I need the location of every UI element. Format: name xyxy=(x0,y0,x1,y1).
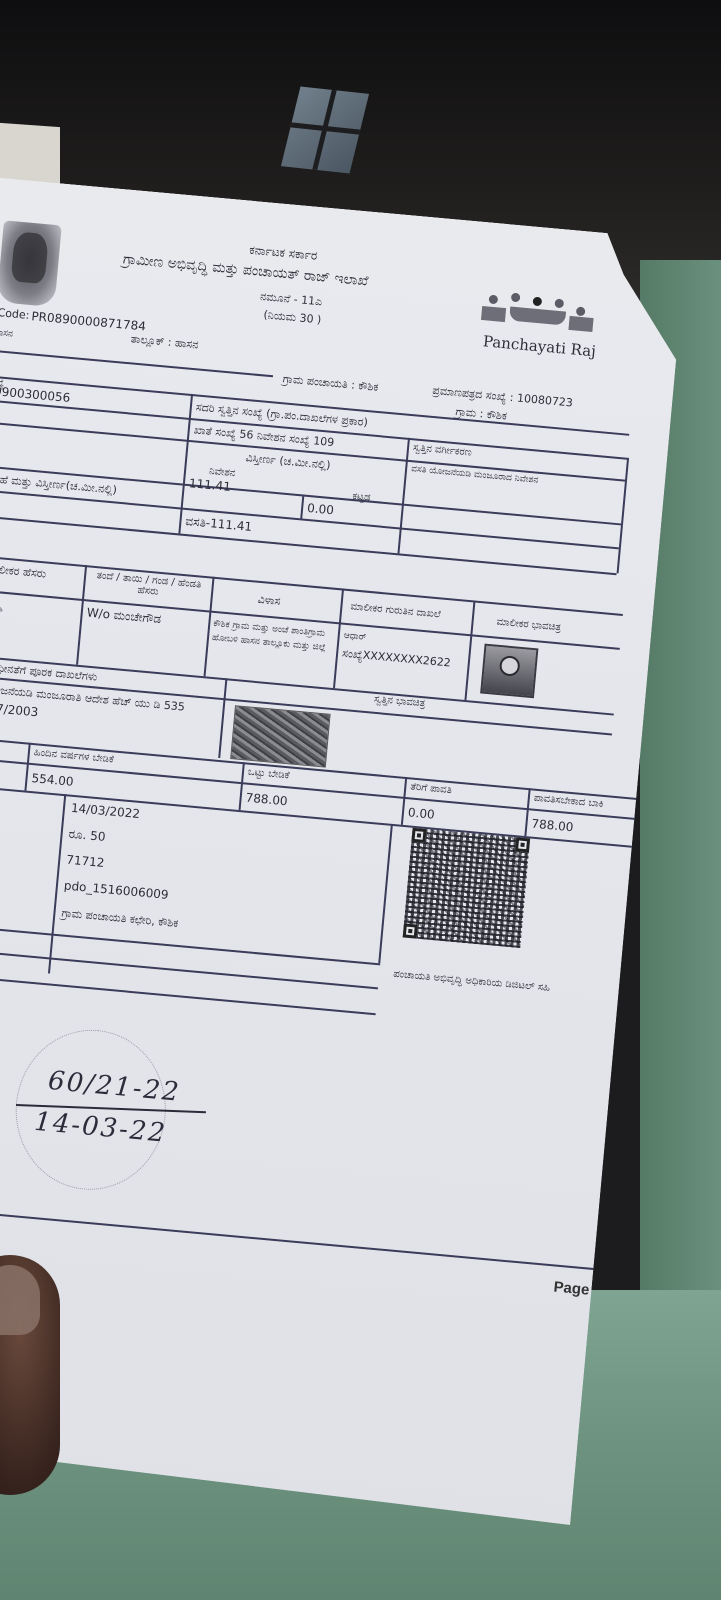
divider xyxy=(0,399,627,459)
owner-photo xyxy=(480,644,538,699)
divider xyxy=(0,972,376,1014)
owner-name: ಮಂಜಮ್ಮ xyxy=(0,595,3,612)
code-label: Code: xyxy=(0,306,30,322)
id-type: ಆಧಾರ್ xyxy=(343,631,366,643)
tax-paid-value: 0.00 xyxy=(407,805,435,821)
divider xyxy=(0,947,378,989)
qr-code xyxy=(403,828,530,948)
owner-name-header: ಮಾಲೀಕರ ಹೆಸರು xyxy=(0,562,47,582)
panchayati-raj-logo: Panchayati Raj xyxy=(475,290,601,371)
divider xyxy=(401,777,407,825)
pdo-id: pdo_1516006009 xyxy=(63,878,169,901)
finger xyxy=(0,1255,60,1495)
taluk: ತಾಲ್ಲೂಕ್ : ಹಾಸನ xyxy=(130,332,199,352)
karnataka-emblem-icon xyxy=(0,220,62,307)
divider xyxy=(397,438,409,554)
issuing-office: ಗ್ರಾಮ ಪಂಚಾಯತಿ ಕಛೇರಿ, ಕೌಶಿಕ xyxy=(61,906,179,931)
divider xyxy=(178,394,192,534)
issue-date-value: 14/03/2022 xyxy=(70,801,140,821)
divider xyxy=(524,788,530,836)
divider xyxy=(218,678,227,758)
address-header: ವಿಳಾಸ xyxy=(257,593,281,609)
govt-title: ಕರ್ನಾಟಕ ಸರ್ಕಾರ xyxy=(249,243,318,264)
footer-divider xyxy=(0,1208,613,1271)
page-label: Page xyxy=(553,1279,590,1299)
gram-panchayat: ಗ್ರಾಮ ಪಂಚಾಯತಿ : ಕೌಶಿಕ xyxy=(282,372,379,395)
tax-paid-header: ತೆರಿಗೆ ಪಾವತಿ xyxy=(410,781,452,796)
area-label: ವಿಸ್ತೀರ್ಣ (ಚ.ಮೀ.ನಲ್ಲಿ) xyxy=(245,451,331,473)
divider xyxy=(464,600,475,700)
divider xyxy=(300,496,303,518)
building-label: ಕಟ್ಟಡ xyxy=(352,491,371,504)
aadhaar-number: ಸಂಖ್ಯೆXXXXXXXX2622 xyxy=(342,647,452,671)
department-title: ಗ್ರಾಮೀಣ ಅಭಿವೃದ್ಧಿ ಮತ್ತು ಪಂಚಾಯತ್ ರಾಜ್ ಇಲಾ… xyxy=(122,251,369,289)
receipt-number: 71712 xyxy=(66,853,105,870)
owner-address: ಕೌಶಿಕ ಗ್ರಾಮ ಮತ್ತು ಅಂಚೆ ಶಾಂತಿಗ್ರಾಮ ಹೋಬಳಿ … xyxy=(211,617,335,656)
fee-value: ರೂ. 50 xyxy=(68,827,106,845)
divider xyxy=(0,349,273,377)
code-value: PR0890000871784 xyxy=(31,309,147,333)
relation-name: W/o ಮಂಚೇಗೌಡ xyxy=(86,605,162,627)
divider xyxy=(24,743,30,791)
rule-number: (ನಿಯಮ 30 ) xyxy=(263,308,322,327)
total-demand-value: 788.00 xyxy=(245,791,288,809)
total-demand-header-2: ಒಟ್ಟು ಬೇಡಿಕೆ xyxy=(248,767,290,782)
divider xyxy=(378,824,392,964)
property-photo xyxy=(230,705,330,767)
plot-area-value: 111.41 xyxy=(188,476,231,494)
supporting-docs-label: ಸ್ವಾಧೀನತೆಗೆ ಪೂರಕ ದಾಖಲೆಗಳು xyxy=(0,660,98,684)
digital-signature-caption: ಪಂಚಾಯತಿ ಅಭಿವೃದ್ಧಿ ಅಧಿಕಾರಿಯ ಡಿಜಿಟಲ್ ಸಹಿ xyxy=(393,969,551,994)
balance-due-value: 788.00 xyxy=(531,817,574,835)
district-fragment: ಹಾಸನ xyxy=(0,328,13,340)
divider xyxy=(0,488,619,548)
property-type-value: ವಸತಿ-111.41 xyxy=(185,514,253,535)
supporting-doc-date: 1 12/07/2003 xyxy=(0,698,39,719)
building-area-value: 0.00 xyxy=(307,501,335,517)
certificate-number: ಪ್ರಮಾಣಪತ್ರದ ಸಂಖ್ಯೆ : 10080723 xyxy=(432,384,574,411)
classification-label: ಸ್ವತ್ತಿನ ವರ್ಗೀಕರಣ xyxy=(413,442,473,458)
id-document-header: ಮಾಲೀಕರ ಗುರುತಿನ ದಾಖಲೆ xyxy=(350,601,441,620)
owner-photo-header: ಮಾಲೀಕರ ಭಾವಚಿತ್ರ xyxy=(496,617,561,634)
divider xyxy=(333,588,344,688)
previous-demand-value: 554.00 xyxy=(31,771,74,789)
divider xyxy=(617,458,629,574)
divider xyxy=(239,762,245,810)
divider xyxy=(76,565,87,665)
logo-text: Panchayati Raj xyxy=(482,332,596,360)
form-number: ನಮೂನೆ - 11ಎ xyxy=(260,290,323,310)
